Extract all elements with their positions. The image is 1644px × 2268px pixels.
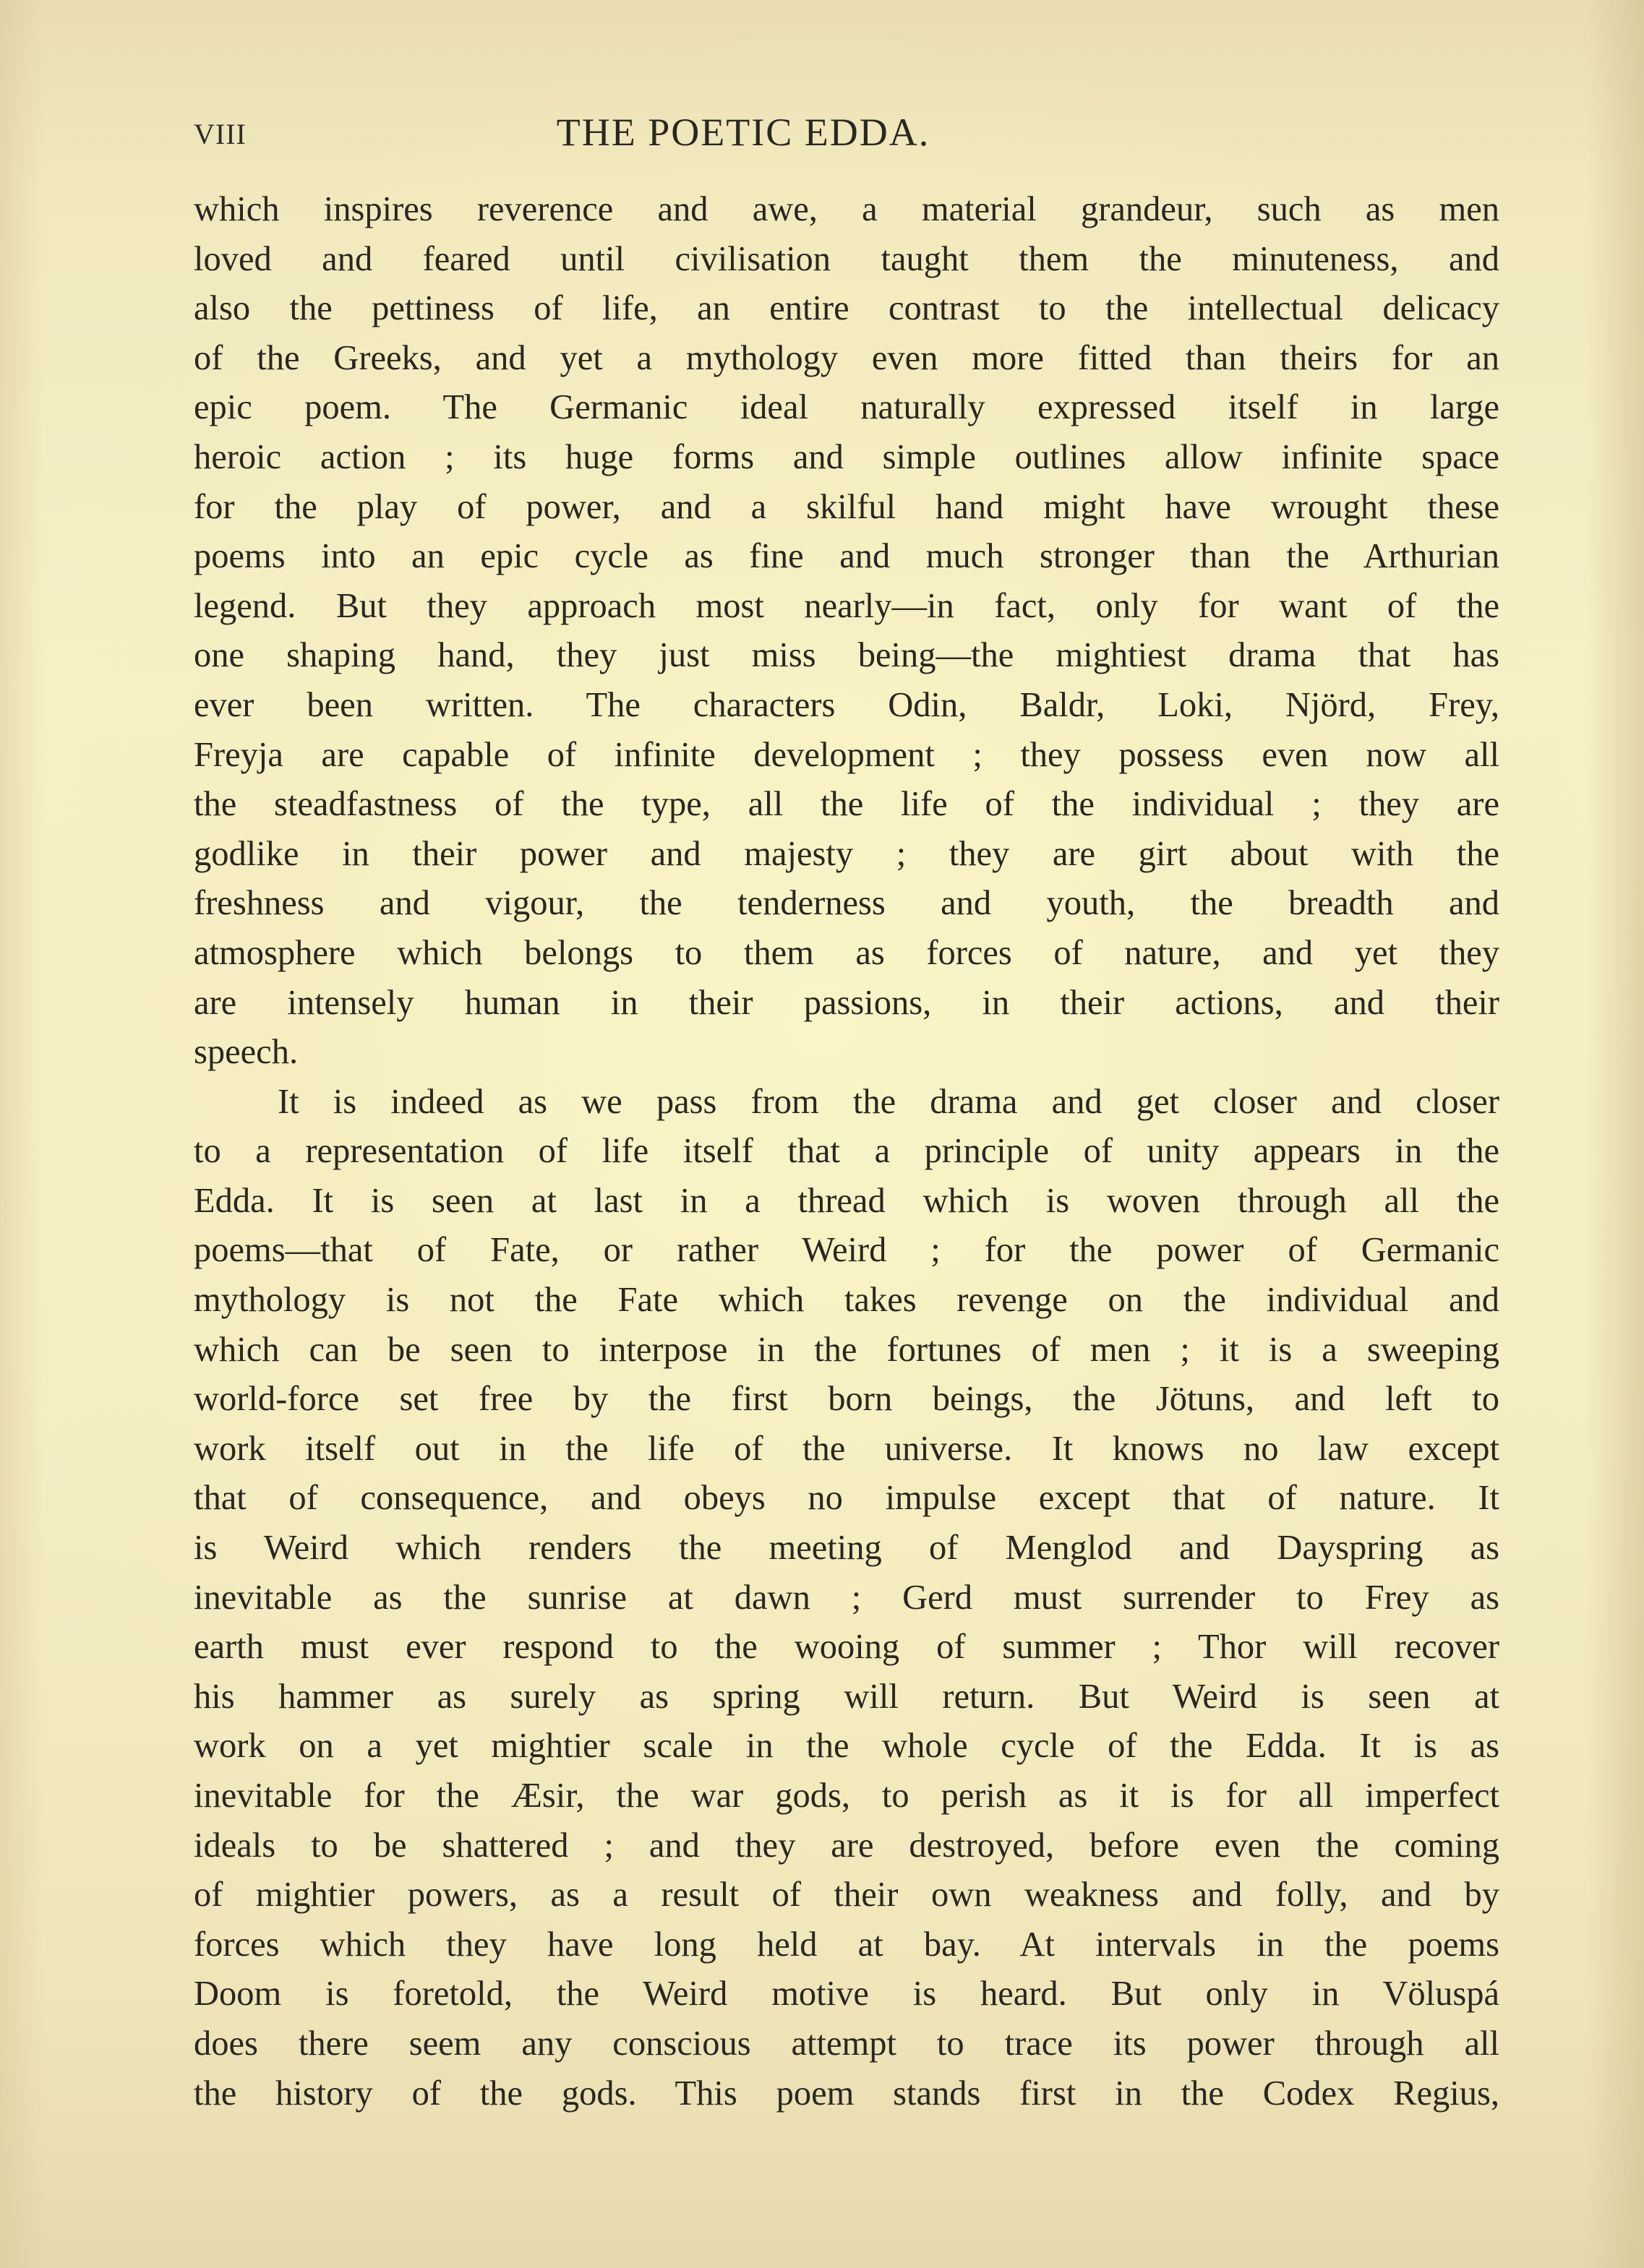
text-line: epic poem. The Germanic ideal naturally …	[194, 383, 1499, 433]
text-line: godlike in their power and majesty ; the…	[194, 830, 1499, 880]
text-line: inevitable for the Æsir, the war gods, t…	[194, 1771, 1499, 1821]
text-line: that of consequence, and obeys no impuls…	[194, 1474, 1499, 1524]
text-line: Edda. It is seen at last in a thread whi…	[194, 1177, 1499, 1227]
text-line: of mightier powers, as a result of their…	[194, 1870, 1499, 1920]
text-line: which can be seen to interpose in the fo…	[194, 1326, 1499, 1375]
text-line: world-force set free by the first born b…	[194, 1375, 1499, 1425]
text-line: ideals to be shattered ; and they are de…	[194, 1821, 1499, 1871]
text-line: does there seem any conscious attempt to…	[194, 2019, 1499, 2069]
text-line: earth must ever respond to the wooing of…	[194, 1623, 1499, 1672]
text-line: loved and feared until civilisation taug…	[194, 235, 1499, 285]
paragraph-end-line: speech.	[194, 1028, 1499, 1078]
text-line: to a representation of life itself that …	[194, 1127, 1499, 1177]
text-line: for the play of power, and a skilful han…	[194, 483, 1499, 533]
text-line: his hammer as surely as spring will retu…	[194, 1672, 1499, 1722]
text-line: are intensely human in their passions, i…	[194, 979, 1499, 1028]
text-line: which inspires reverence and awe, a mate…	[194, 185, 1499, 235]
body-text: which inspires reverence and awe, a mate…	[194, 185, 1499, 2118]
text-line: mythology is not the Fate which takes re…	[194, 1276, 1499, 1326]
text-line: ever been written. The characters Odin, …	[194, 681, 1499, 731]
text-line: one shaping hand, they just miss being—t…	[194, 631, 1499, 681]
text-line: heroic action ; its huge forms and simpl…	[194, 433, 1499, 483]
text-line: also the pettiness of life, an entire co…	[194, 284, 1499, 334]
text-line: atmosphere which belongs to them as forc…	[194, 929, 1499, 979]
text-line: poems into an epic cycle as fine and muc…	[194, 532, 1499, 582]
paragraph-start-line: It is indeed as we pass from the drama a…	[194, 1078, 1499, 1127]
text-line: Doom is foretold, the Weird motive is he…	[194, 1970, 1499, 2019]
page-edge-shadow-right	[1586, 0, 1644, 2268]
text-line: poems—that of Fate, or rather Weird ; fo…	[194, 1226, 1499, 1276]
text-line: inevitable as the sunrise at dawn ; Gerd…	[194, 1573, 1499, 1623]
page-edge-shadow-left	[0, 0, 43, 2268]
text-line: of the Greeks, and yet a mythology even …	[194, 334, 1499, 384]
text-line: is Weird which renders the meeting of Me…	[194, 1524, 1499, 1573]
running-head: VIII THE POETIC EDDA.	[194, 110, 1499, 153]
running-title: THE POETIC EDDA.	[194, 110, 1293, 155]
text-line: the history of the gods. This poem stand…	[194, 2069, 1499, 2119]
text-line: freshness and vigour, the tenderness and…	[194, 879, 1499, 929]
text-line: legend. But they approach most nearly—in…	[194, 582, 1499, 632]
text-line: the steadfastness of the type, all the l…	[194, 780, 1499, 830]
text-line: work itself out in the life of the unive…	[194, 1425, 1499, 1474]
text-line: forces which they have long held at bay.…	[194, 1920, 1499, 1970]
text-line: work on a yet mightier scale in the whol…	[194, 1722, 1499, 1771]
text-line: Freyja are capable of infinite developme…	[194, 731, 1499, 781]
